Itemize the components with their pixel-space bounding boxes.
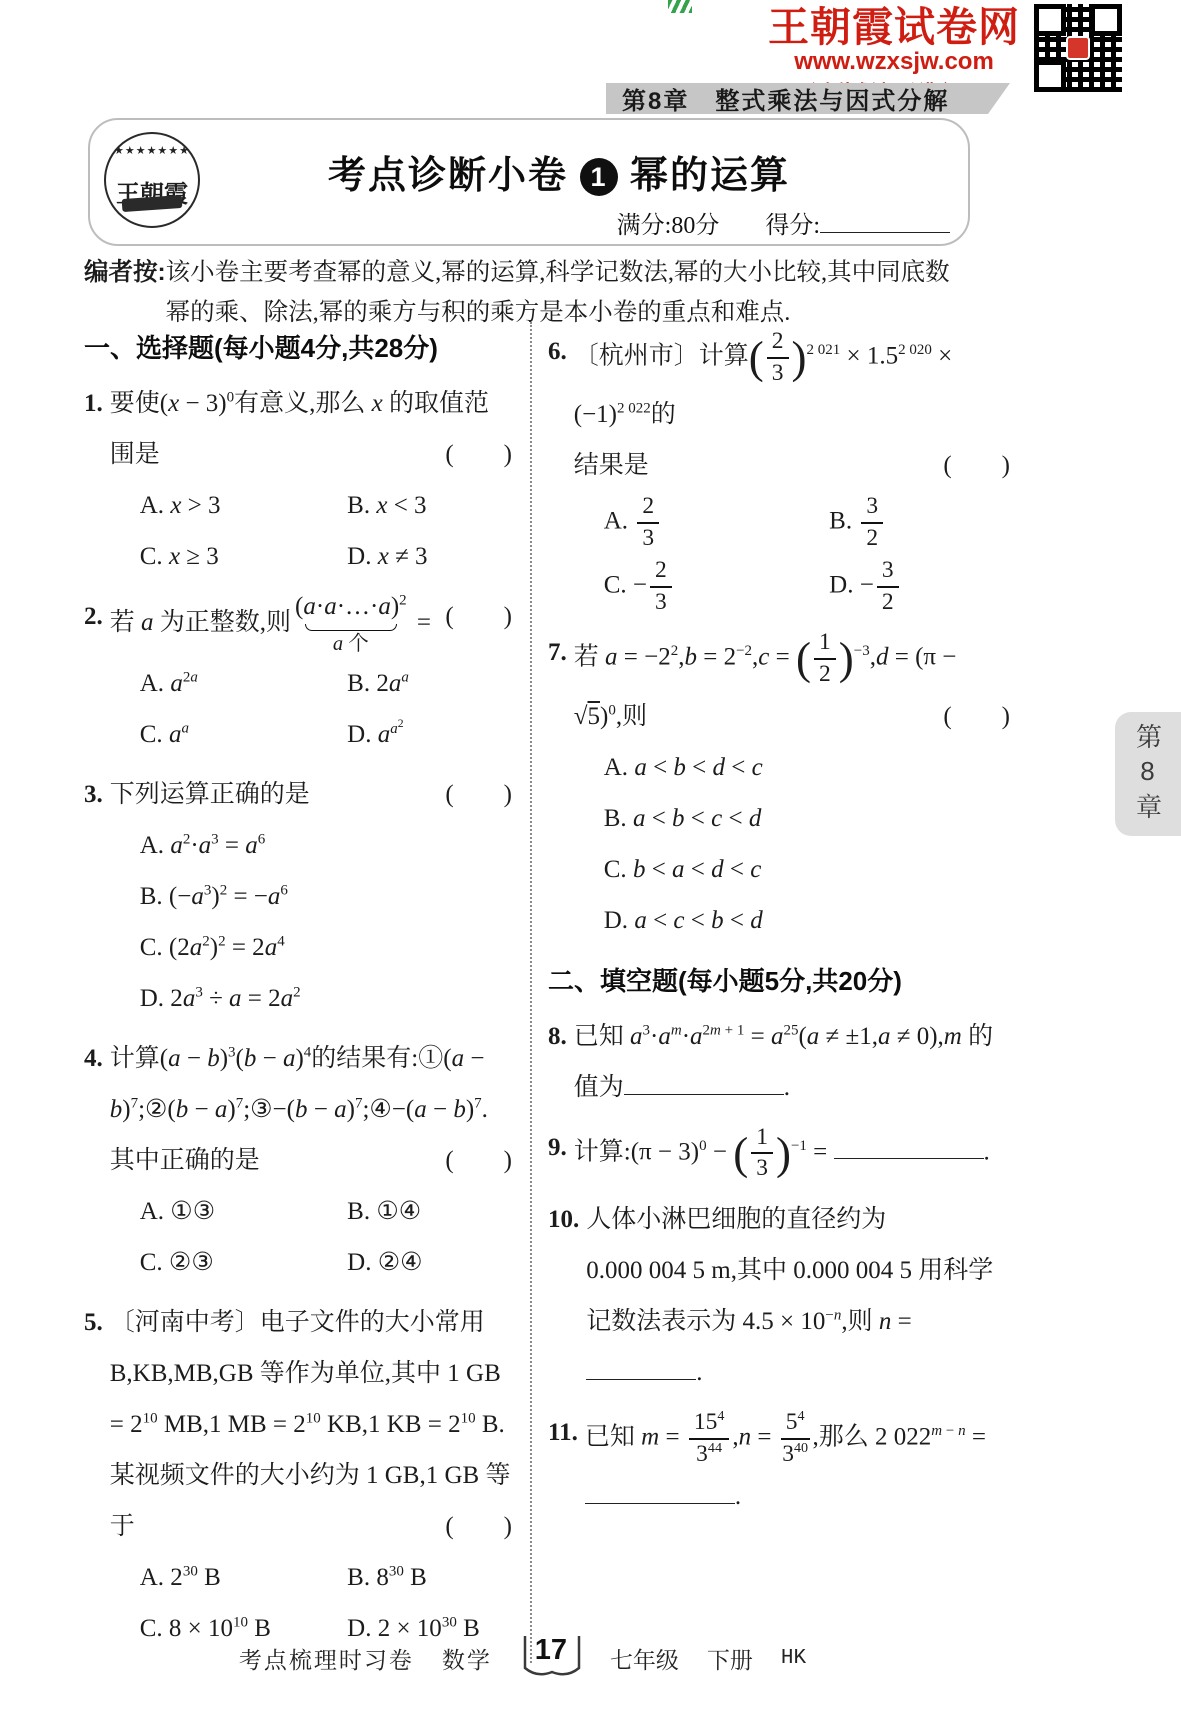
question-stem: 下列运算正确的是( ) <box>110 769 516 820</box>
question-stem: 若 a 为正整数,则(a·a·…·a)2a 个 =( ) <box>110 591 516 658</box>
question-item: 3.下列运算正确的是( )A. a2·a3 = a6B. (−a3)2 = −a… <box>84 769 516 1024</box>
worksheet-page: 王朝霞试卷网 www.wzxsjw.com 更多资源扫码进入 → 第8章 整式乘… <box>0 0 1181 1730</box>
option: A. 230 B <box>140 1552 339 1603</box>
page-title: 考点诊断小卷1幂的运算 <box>150 144 968 199</box>
page-title-prefix: 考点诊断小卷 <box>328 155 568 197</box>
qr-finder-icon <box>1034 4 1066 36</box>
question-number: 2. <box>84 591 110 760</box>
earned-score-blank <box>820 208 950 233</box>
option: A. a < b < d < c <box>604 742 1014 793</box>
question-stem: 计算(a − b)3(b − a)4的结果有:①(a − b)7;②(b − a… <box>110 1033 516 1186</box>
option: B. 32 <box>829 491 1022 554</box>
option-list: A. a2·a3 = a6B. (−a3)2 = −a6C. (2a2)2 = … <box>110 820 516 1024</box>
page-footer: 考点梳理时习卷 数学 17 七年级 下册 HK <box>0 1634 1045 1682</box>
option: D. x ≠ 3 <box>347 531 524 582</box>
answer-bracket: ( ) <box>445 1135 512 1186</box>
question-stem: 已知 a3·am·a2m + 1 = a25(a ≠ ±1,a ≠ 0),m 的… <box>574 1011 1014 1113</box>
option: B. ①④ <box>347 1186 524 1237</box>
option: B. 2aa <box>347 658 524 709</box>
option: D. ②④ <box>347 1237 524 1288</box>
option: D. 2a3 ÷ a = 2a2 <box>140 973 516 1024</box>
question-number: 6. <box>548 326 574 618</box>
option: C. b < a < d < c <box>604 844 1014 895</box>
footer-edition: HK <box>781 1647 806 1670</box>
option: D. −32 <box>829 555 1022 618</box>
option: D. aa2 <box>347 709 524 760</box>
question-number: 7. <box>548 627 574 945</box>
qr-code-icon <box>1034 4 1122 92</box>
option: A. a2a <box>140 658 339 709</box>
option: B. (−a3)2 = −a6 <box>140 871 516 922</box>
option: C. x ≥ 3 <box>140 531 339 582</box>
question-stem: 〔杭州市〕计算(23)2 021 × 1.52 020 × (−1)2 022的… <box>574 326 1014 491</box>
section-title: 一、选择题(每小题4分,共28分) <box>84 322 516 374</box>
question-stem: 要使(x − 3)0有意义,那么 x 的取值范围是( ) <box>110 378 516 480</box>
option-list: A. a < b < d < cB. a < b < c < dC. b < a… <box>574 742 1014 946</box>
option: C. aa <box>140 709 339 760</box>
question-item: 6.〔杭州市〕计算(23)2 021 × 1.52 020 × (−1)2 02… <box>548 326 1014 618</box>
qr-finder-icon <box>1034 60 1066 92</box>
option: B. x < 3 <box>347 480 524 531</box>
option: A. x > 3 <box>140 480 339 531</box>
answer-bracket: ( ) <box>943 440 1010 491</box>
question-number: 3. <box>84 769 110 1024</box>
chapter-side-tab-label: 第8章 <box>1130 723 1167 826</box>
question-item: 2.若 a 为正整数,则(a·a·…·a)2a 个 =( )A. a2aB. 2… <box>84 591 516 760</box>
title-box: ★★★★★★★ 王朝霞 考点诊断小卷1幂的运算 满分:80分得分: <box>88 118 970 246</box>
editor-note-label: 编者按: <box>84 253 166 332</box>
answer-bracket: ( ) <box>445 1501 512 1552</box>
question-item: 11.已知 m = 154344,n = 54340,那么 2 022m − n… <box>548 1407 1014 1521</box>
question-number: 11. <box>548 1407 585 1521</box>
option: A. ①③ <box>140 1186 339 1237</box>
full-score-label: 满分:80分 <box>617 213 720 239</box>
option: C. (2a2)2 = 2a4 <box>140 922 516 973</box>
question-item: 5.〔河南中考〕电子文件的大小常用 B,KB,MB,GB 等作为单位,其中 1 … <box>84 1297 516 1654</box>
question-column: 一、选择题(每小题4分,共28分)1.要使(x − 3)0有意义,那么 x 的取… <box>84 322 516 1663</box>
title-number-circle-icon: 1 <box>580 158 618 196</box>
question-stem: 若 a = −22,b = 2−2,c = (12)−3,d = (π −√5)… <box>574 627 1014 741</box>
option: B. a < b < c < d <box>604 793 1014 844</box>
answer-bracket: ( ) <box>445 769 512 820</box>
page-number-book-icon: 17 <box>520 1634 582 1682</box>
question-number: 1. <box>84 378 110 582</box>
option: C. ②③ <box>140 1237 339 1288</box>
page-number: 17 <box>520 1634 582 1667</box>
qr-finder-icon <box>1090 4 1122 36</box>
answer-bracket: ( ) <box>445 429 512 480</box>
question-item: 10.人体小淋巴细胞的直径约为 0.000 004 5 m,其中 0.000 0… <box>548 1194 1014 1398</box>
option: A. a2·a3 = a6 <box>140 820 516 871</box>
question-item: 4.计算(a − b)3(b − a)4的结果有:①(a − b)7;②(b −… <box>84 1033 516 1288</box>
score-line: 满分:80分得分: <box>617 205 950 240</box>
option: A. 23 <box>604 491 821 554</box>
site-name: 王朝霞试卷网 <box>758 6 1030 49</box>
question-stem: 〔河南中考〕电子文件的大小常用 B,KB,MB,GB 等作为单位,其中 1 GB… <box>110 1297 516 1552</box>
editor-note-text: 该小卷主要考查幂的意义,幂的运算,科学记数法,幂的大小比较,其中同底数幂的乘、除… <box>166 253 974 332</box>
option: C. −23 <box>604 555 821 618</box>
question-column: 6.〔杭州市〕计算(23)2 021 × 1.52 020 × (−1)2 02… <box>532 322 1014 1663</box>
green-corner-mark-icon <box>668 0 692 13</box>
question-stem: 人体小淋巴细胞的直径约为 0.000 004 5 m,其中 0.000 004 … <box>586 1194 1014 1398</box>
question-number: 5. <box>84 1297 110 1654</box>
answer-bracket: ( ) <box>445 591 512 642</box>
question-number: 9. <box>548 1122 574 1185</box>
answer-bracket: ( ) <box>943 691 1010 742</box>
question-item: 7.若 a = −22,b = 2−2,c = (12)−3,d = (π −√… <box>548 627 1014 945</box>
editor-note: 编者按: 该小卷主要考查幂的意义,幂的运算,科学记数法,幂的大小比较,其中同底数… <box>84 253 974 332</box>
question-columns: 一、选择题(每小题4分,共28分)1.要使(x − 3)0有意义,那么 x 的取… <box>84 322 1014 1663</box>
page-title-topic: 幂的运算 <box>630 155 790 197</box>
qr-center-logo-icon <box>1066 36 1090 60</box>
chapter-banner: 第8章 整式乘法与因式分解 <box>606 83 1010 114</box>
footer-volume: 下册 <box>707 1642 753 1675</box>
option-list: A. 23B. 32C. −23D. −32 <box>574 491 1014 618</box>
question-number: 10. <box>548 1194 586 1398</box>
option-list: A. ①③B. ①④C. ②③D. ②④ <box>110 1186 516 1288</box>
question-stem: 已知 m = 154344,n = 54340,那么 2 022m − n =. <box>585 1407 1014 1521</box>
site-url: www.wzxsjw.com <box>758 49 1030 75</box>
footer-subject: 数学 <box>442 1642 492 1675</box>
option-list: A. a2aB. 2aaC. aaD. aa2 <box>110 658 516 760</box>
footer-series: 考点梳理时习卷 <box>239 1642 414 1675</box>
earned-score-label: 得分: <box>765 213 820 239</box>
section-title: 二、填空题(每小题5分,共20分) <box>548 955 1014 1007</box>
question-number: 8. <box>548 1011 574 1113</box>
question-number: 4. <box>84 1033 110 1288</box>
chapter-side-tab: 第8章 <box>1115 712 1181 836</box>
option: B. 830 B <box>347 1552 524 1603</box>
footer-grade: 七年级 <box>610 1642 679 1675</box>
question-item: 9.计算:(π − 3)0 − (13)−1 = . <box>548 1122 1014 1185</box>
option-list: A. x > 3B. x < 3C. x ≥ 3D. x ≠ 3 <box>110 480 516 582</box>
option: D. a < c < b < d <box>604 895 1014 946</box>
question-item: 1.要使(x − 3)0有意义,那么 x 的取值范围是( )A. x > 3B.… <box>84 378 516 582</box>
question-stem: 计算:(π − 3)0 − (13)−1 = . <box>574 1122 1014 1185</box>
question-item: 8.已知 a3·am·a2m + 1 = a25(a ≠ ±1,a ≠ 0),m… <box>548 1011 1014 1113</box>
